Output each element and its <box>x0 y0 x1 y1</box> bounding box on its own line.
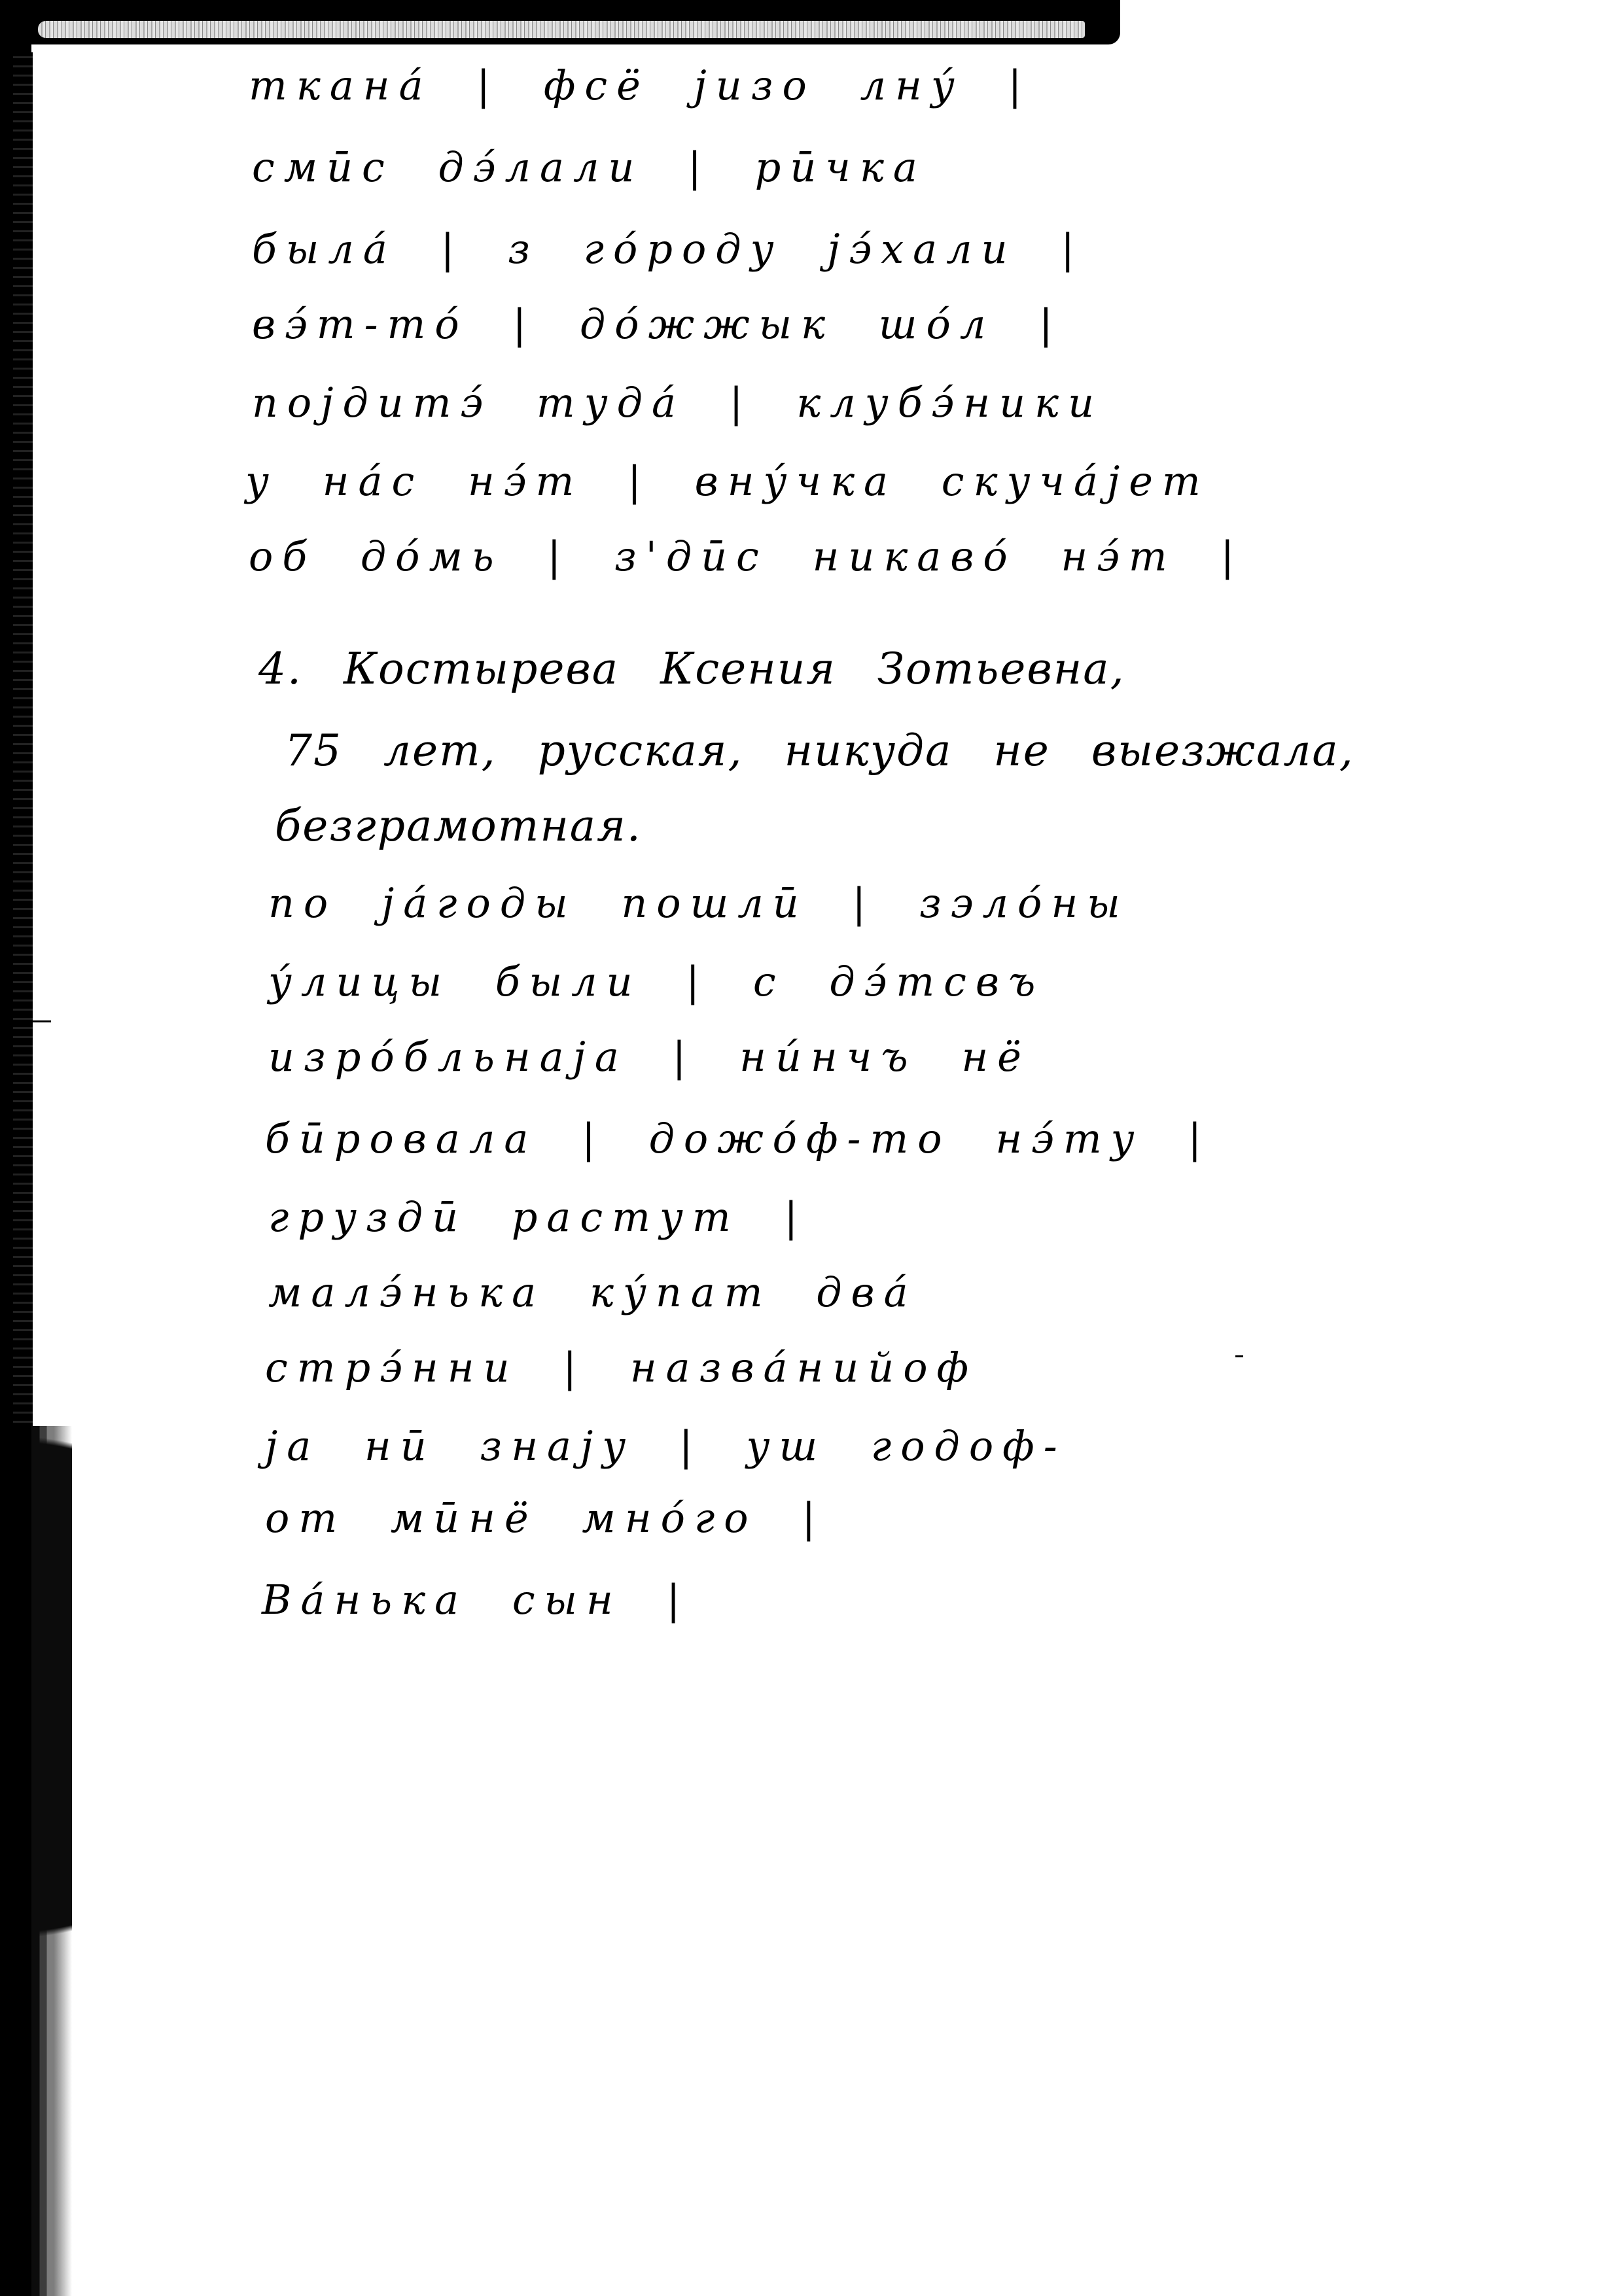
transcript-line: у на́с нэ́т | вну́чка скуча́jет <box>245 461 1210 502</box>
transcript-line: смӣс дэ́лали | рӣчка <box>252 147 927 188</box>
transcript-line: стрэ́нни | назва́нийоф <box>265 1348 978 1388</box>
transcript-line: по jа́годы пошлӣ | зэло́ны <box>268 883 1129 924</box>
informant-name: Костырева Ксения Зотьевна, <box>344 644 1125 694</box>
transcript-line: изро́бльнаjа | ни́нчъ нё <box>268 1037 1031 1077</box>
informant-literacy: безграмотная. <box>275 805 642 848</box>
transcript-line: у́лицы были | с дэ́тсвъ <box>268 962 1044 1002</box>
transcript-line: ткана́ | фсё jизо лну́ | <box>249 65 1031 106</box>
informant-name-line: 4. Костырева Ксения Зотьевна, <box>258 648 1125 691</box>
transcript-line: груздӣ растут | <box>268 1197 807 1238</box>
transcript-line: Ва́нька сын | <box>262 1580 689 1620</box>
informant-number: 4. <box>258 644 302 694</box>
transcript-line: от мӣнё мно́го | <box>265 1498 824 1539</box>
transcript-line: была́ | з го́роду jэ́хали | <box>252 229 1084 270</box>
transcript-line: малэ́нька ку́пат два́ <box>268 1272 917 1313</box>
handwritten-page: ткана́ | фсё jизо лну́ | смӣс дэ́лали | … <box>0 0 1607 2296</box>
transcript-line: об до́мь | з'дӣс никаво́ нэ́т | <box>249 536 1243 577</box>
transcript-line: поjдитэ́ туда́ | клубэ́ники <box>252 383 1103 423</box>
transcript-line: jа нӣ знаjу | уш годоф- <box>265 1426 1067 1467</box>
transcript-line: бӣровала | дожо́ф-то нэ́ту | <box>265 1119 1210 1159</box>
transcript-line: вэ́т-то́ | до́жжык шо́л | <box>252 304 1062 345</box>
informant-details: 75 лет, русская, никуда не выезжала, <box>285 729 1354 773</box>
